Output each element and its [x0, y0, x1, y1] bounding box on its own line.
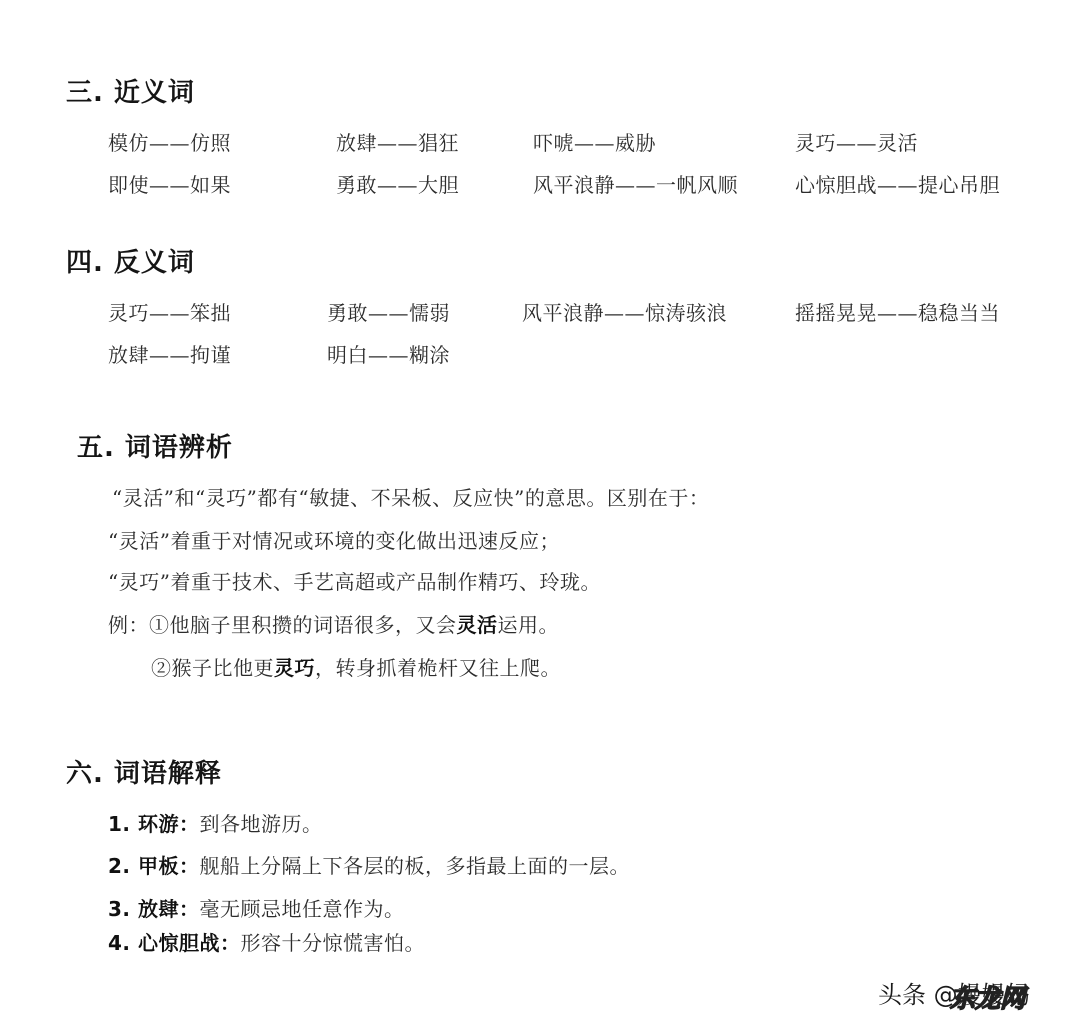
explanation-term: 2. 甲板：	[108, 854, 199, 878]
antonym-pair: 放肆——拘谨	[108, 342, 231, 368]
watermark: 头条 @嫚嫚妈 东龙网	[878, 980, 1030, 1010]
discrimination-heading: 五. 词语辨析	[77, 433, 233, 463]
explanation-definition: 毫无顾忌地任意作为。	[199, 897, 404, 921]
example-sentence-2: ②猴子比他更灵巧，转身抓着桅杆又往上爬。	[151, 655, 561, 681]
example-prefix: ②猴子比他更	[151, 656, 274, 680]
synonym-pair: 模仿——仿照	[108, 130, 231, 156]
synonym-pair: 心惊胆战——提心吊胆	[795, 172, 1000, 198]
antonym-pair: 摇摇晃晃——稳稳当当	[795, 300, 1000, 326]
synonym-pair: 放肆——猖狂	[336, 130, 459, 156]
example-prefix: 例：①他脑子里积攒的词语很多，又会	[108, 613, 457, 637]
explanation-term: 4. 心惊胆战：	[108, 931, 240, 955]
synonym-pair: 即使——如果	[108, 172, 231, 198]
antonym-pair: 明白——糊涂	[327, 342, 450, 368]
explanation-definition: 形容十分惊慌害怕。	[240, 931, 425, 955]
example-highlight: 灵巧	[274, 656, 315, 680]
explanation-item: 4. 心惊胆战：形容十分惊慌害怕。	[108, 930, 425, 956]
discrimination-line: “灵巧”着重于技术、手艺高超或产品制作精巧、玲珑。	[108, 569, 601, 595]
discrimination-line: “灵活”和“灵巧”都有“敏捷、不呆板、反应快”的意思。区别在于：	[112, 485, 709, 511]
explanation-item: 2. 甲板：舰船上分隔上下各层的板，多指最上面的一层。	[108, 853, 630, 879]
explanation-item: 3. 放肆：毫无顾忌地任意作为。	[108, 896, 404, 922]
watermark-overlay: 东龙网	[950, 984, 1025, 1014]
synonym-pair: 风平浪静——一帆风顺	[533, 172, 738, 198]
antonym-pair: 风平浪静——惊涛骇浪	[522, 300, 727, 326]
synonym-pair: 勇敢——大胆	[336, 172, 459, 198]
explanation-term: 1. 环游：	[108, 812, 199, 836]
explanation-term: 3. 放肆：	[108, 897, 199, 921]
discrimination-line: “灵活”着重于对情况或环境的变化做出迅速反应；	[108, 528, 560, 554]
explanation-item: 1. 环游：到各地游历。	[108, 811, 322, 837]
example-highlight: 灵活	[457, 613, 498, 637]
antonym-pair: 勇敢——懦弱	[327, 300, 450, 326]
synonyms-heading: 三. 近义词	[66, 78, 195, 108]
example-sentence-1: 例：①他脑子里积攒的词语很多，又会灵活运用。	[108, 612, 559, 638]
synonym-pair: 吓唬——威胁	[533, 130, 656, 156]
explanation-definition: 到各地游历。	[199, 812, 322, 836]
antonym-pair: 灵巧——笨拙	[108, 300, 231, 326]
synonym-pair: 灵巧——灵活	[795, 130, 918, 156]
example-suffix: 运用。	[498, 613, 560, 637]
example-suffix: ，转身抓着桅杆又往上爬。	[315, 656, 561, 680]
antonyms-heading: 四. 反义词	[66, 248, 195, 278]
explanation-definition: 舰船上分隔上下各层的板，多指最上面的一层。	[199, 854, 630, 878]
explanations-heading: 六. 词语解释	[66, 759, 222, 789]
